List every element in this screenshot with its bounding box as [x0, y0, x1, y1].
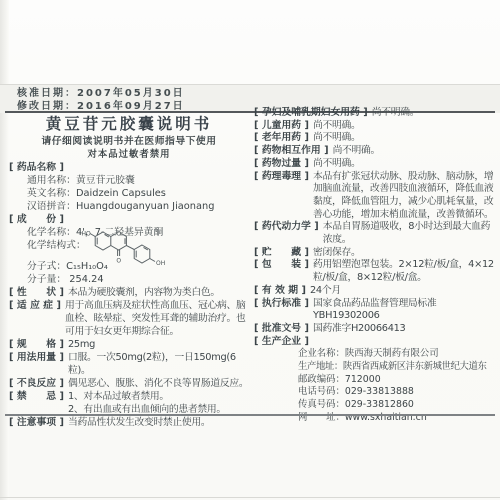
entry-label: [ 注意事项 ]	[9, 416, 64, 429]
read-instructions-notice: 请仔细阅读说明书并在医师指导下使用	[8, 136, 250, 148]
production-address: 生产地址：陕西省西咸新区沣东新城世纪大道东	[254, 361, 494, 374]
entry-label: [ 贮 藏 ]	[254, 247, 309, 260]
entry-text: 尚不明确。	[313, 158, 494, 171]
paper-bottom-edge	[0, 497, 500, 498]
entry-label: [ 药代动力学 ]	[254, 221, 319, 234]
atom-label-oh: OH	[156, 260, 165, 267]
entry-label: [ 性 状 ]	[9, 286, 64, 299]
title-block: 黄豆苷元胶囊说明书 请仔细阅读说明书并在医师指导下使用 对本品过敏者禁用	[8, 115, 250, 161]
footer-rule	[5, 414, 495, 416]
entry-properties: [ 性 状 ] 本品为硬胶囊剂，内容物为类白色。	[9, 286, 251, 299]
entry-label: [ 药物相互作用 ]	[254, 145, 329, 158]
entry-label: [ 儿童用药 ]	[254, 120, 309, 133]
entry-pharmacokinetics: [ 药代动力学 ] 本品自胃肠道吸收，8小时达到最大血药浓度。	[254, 221, 494, 246]
entry-geriatric: [ 老年用药 ] 尚不明确。	[254, 132, 494, 145]
insert-title: 黄豆苷元胶囊说明书	[8, 115, 250, 134]
drug-name-label: [ 药品名称 ]	[9, 161, 247, 174]
allergy-warning: 对本品过敏者禁用	[8, 149, 250, 161]
entry-label: [ 孕妇及哺乳期妇女用药 ]	[254, 107, 368, 120]
entry-text: 用于高血压病及症状性高血压、冠心病、脑血栓、眩晕症、突发性耳聋的辅助治疗。也可用…	[65, 299, 251, 338]
entry-text: 当药品性状发生改变时禁止使用。	[68, 416, 251, 429]
company-name: 企业名称：陕西海天制药有限公司	[254, 348, 494, 361]
entry-interactions: [ 药物相互作用 ] 尚不明确。	[254, 145, 494, 158]
entry-text: 尚不明确。	[372, 107, 494, 120]
entry-label: [ 老年用药 ]	[254, 132, 309, 145]
entry-strength: [ 规 格 ] 25mg	[9, 338, 251, 351]
pinyin-name: 汉语拼音：Huangdouganyuan Jiaonang	[9, 200, 251, 213]
entry-dosage: [ 用法用量 ] 口服。一次50mg(2粒)，一日150mg(6粒)。	[9, 351, 251, 377]
entry-pediatric: [ 儿童用药 ] 尚不明确。	[254, 120, 494, 133]
entry-text: 本品有扩张冠状动脉、股动脉、脑动脉，增加脑血流量，改善四肢血液循环，降低血液黏度…	[313, 171, 494, 222]
entry-label: [ 适 应 症 ]	[9, 299, 61, 312]
entry-label: [ 有 效 期 ]	[254, 285, 306, 298]
entry-indications: [ 适 应 症 ] 用于高血压病及症状性高血压、冠心病、脑血栓、眩晕症、突发性耳…	[9, 299, 251, 338]
entry-precautions: [ 注意事项 ] 当药品性状发生改变时禁止使用。	[9, 416, 251, 429]
approval-date: 核准日期：2007年05月30日	[17, 85, 500, 100]
entry-text: 本品为硬胶囊剂，内容物为类白色。	[68, 286, 251, 299]
entry-pharmacology: [ 药理毒理 ] 本品有扩张冠状动脉、股动脉、脑动脉，增加脑血流量，改善四肢血液…	[254, 171, 494, 222]
entry-label: [ 不良反应 ]	[9, 377, 64, 390]
english-name: 英文名称：Daidzein Capsules	[9, 187, 251, 200]
atom-label-ho: HO	[82, 231, 92, 238]
section-composition: [ 成 份 ] 化学名称：4'，7-二羟基异黄酮 化学结构式： 分子式：C₁₅H…	[9, 213, 251, 286]
entry-text: 偶见恶心、腹胀、消化不良等胃肠道反应。	[68, 377, 251, 390]
entry-overdose: [ 药物过量 ] 尚不明确。	[254, 158, 494, 171]
entry-text: 24个月	[310, 285, 494, 298]
entry-adverse-reactions: [ 不良反应 ] 偶见恶心、腹胀、消化不良等胃肠道反应。	[9, 377, 251, 390]
atom-label-carbonyl-oxygen: O	[116, 258, 121, 265]
entry-standard: [ 执行标准 ] 国家食品药品监督管理局标准YBH19302006	[254, 298, 494, 323]
entry-text: 尚不明确。	[313, 132, 494, 145]
entry-text: 药用铝塑泡罩包装。2×12粒/板/盒，4×12粒/板/盒，8×12粒/板/盒。	[313, 259, 494, 284]
entry-text: 1、对本品过敏者禁用。 2、有出血或有出血倾向的患者禁用。	[68, 390, 251, 416]
paper-left-edge	[0, 0, 9, 500]
entry-label: [ 规 格 ]	[9, 338, 64, 351]
entry-text: 国家食品药品监督管理局标准YBH19302006	[313, 298, 494, 323]
entry-label: [ 包 装 ]	[254, 259, 309, 272]
entry-text: 口服。一次50mg(2粒)，一日150mg(6粒)。	[68, 351, 251, 377]
entry-storage: [ 贮 藏 ] 密闭保存。	[254, 247, 494, 260]
entry-label: [ 用法用量 ]	[9, 351, 64, 364]
entry-text: 25mg	[68, 338, 251, 351]
entry-packaging: [ 包 装 ] 药用铝塑泡罩包装。2×12粒/板/盒，4×12粒/板/盒，8×1…	[254, 259, 494, 284]
entry-contraindications: [ 禁 忌 ] 1、对本品过敏者禁用。 2、有出血或有出血倾向的患者禁用。	[9, 390, 251, 416]
entry-text: 本品自胃肠道吸收，8小时达到最大血药浓度。	[323, 221, 494, 246]
section-manufacturer: [ 生产企业 ] 企业名称：陕西海天制药有限公司 生产地址：陕西省西咸新区沣东新…	[254, 336, 494, 425]
entry-text: 尚不明确。	[333, 145, 494, 158]
generic-name: 通用名称：黄豆苷元胶囊	[9, 174, 251, 187]
entry-label: [ 批准文号 ]	[254, 323, 309, 336]
right-column: [ 孕妇及哺乳期妇女用药 ] 尚不明确。 [ 儿童用药 ] 尚不明确。 [ 老年…	[254, 107, 494, 425]
entry-label: [ 禁 忌 ]	[9, 390, 64, 403]
section-drug-name: [ 药品名称 ] 通用名称：黄豆苷元胶囊 英文名称：Daidzein Capsu…	[9, 161, 251, 213]
fax-number: 传真号码：029-33812860	[254, 399, 494, 412]
chemical-structure-diagram: HO O O OH	[81, 225, 181, 275]
entry-pregnancy: [ 孕妇及哺乳期妇女用药 ] 尚不明确。	[254, 107, 494, 120]
entry-text: 密闭保存。	[313, 247, 494, 260]
phone-number: 电话号码：029-33813888	[254, 386, 494, 399]
manufacturer-label: [ 生产企业 ]	[254, 336, 490, 349]
entry-label: [ 药理毒理 ]	[254, 171, 309, 184]
entry-approval-number: [ 批准文号 ] 国药准字H20066413	[254, 323, 494, 336]
left-column: [ 药品名称 ] 通用名称：黄豆苷元胶囊 英文名称：Daidzein Capsu…	[9, 161, 251, 429]
postal-code: 邮政编码：712000	[254, 374, 494, 387]
package-insert-page: 核准日期：2007年05月30日 修改日期：2016年09月27日 黄豆苷元胶囊…	[0, 0, 500, 500]
entry-shelf-life: [ 有 效 期 ] 24个月	[254, 285, 494, 298]
entry-text: 尚不明确。	[313, 120, 494, 133]
entry-text: 国药准字H20066413	[313, 323, 494, 336]
atom-label-ring-oxygen: O	[116, 230, 121, 237]
entry-label: [ 执行标准 ]	[254, 298, 309, 311]
entry-label: [ 药物过量 ]	[254, 158, 309, 171]
